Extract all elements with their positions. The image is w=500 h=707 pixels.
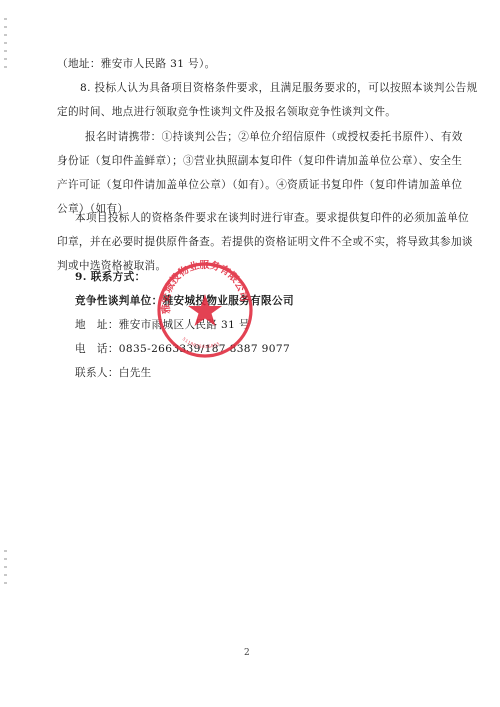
- scan-edge-marks-bottom: [4, 550, 7, 590]
- registration-line-3: 产许可证（复印件请加盖单位公章）（如有）。④资质证书复印件（复印件请加盖单位: [57, 178, 462, 192]
- contact-person-label: 联系人：: [75, 367, 119, 379]
- registration-line-1: 报名时请携带：①持谈判公告；②单位介绍信原件（或授权委托书原件）、有效: [85, 130, 463, 144]
- address-note: （地址：雅安市人民路 31 号）。: [57, 57, 216, 71]
- svg-text:5118025026865: 5118025026865: [182, 336, 221, 349]
- contact-person-value: 白先生: [119, 367, 152, 379]
- contact-address-label: 地 址：: [75, 319, 119, 331]
- registration-line-2: 身份证（复印件盖鲜章）；③营业执照副本复印件（复印件请加盖单位公章）、安全生: [57, 154, 462, 168]
- qualification-line-2: 印章，并在必要时提供原件备查。若提供的资格证明文件不全或不实，将导致其参加谈: [57, 235, 473, 249]
- contact-unit-label: 竞争性谈判单位：: [75, 295, 163, 307]
- paragraph-8-line-2: 定的时间、地点进行领取竞争性谈判文件及报名领取竞争性谈判文件。: [57, 105, 396, 119]
- qualification-line-1: 本项目投标人的资格条件要求在谈判时进行审查。要求提供复印件的必须加盖单位: [75, 211, 469, 225]
- contact-person: 联系人：白先生: [75, 366, 152, 380]
- company-seal-stamp-icon: 雅安城投物业服务有限公司 5118025026865: [155, 260, 255, 360]
- paragraph-8-line-1: 8. 投标人认为具备项目资格条件要求，且满足服务要求的，可以按照本谈判公告规: [80, 81, 478, 95]
- scan-edge-marks-top: [4, 18, 7, 74]
- contact-phone-label: 电 话：: [75, 343, 119, 355]
- page-number: 2: [244, 648, 250, 658]
- document-page: （地址：雅安市人民路 31 号）。 8. 投标人认为具备项目资格条件要求，且满足…: [0, 0, 500, 707]
- contact-heading: 9. 联系方式：: [75, 270, 146, 284]
